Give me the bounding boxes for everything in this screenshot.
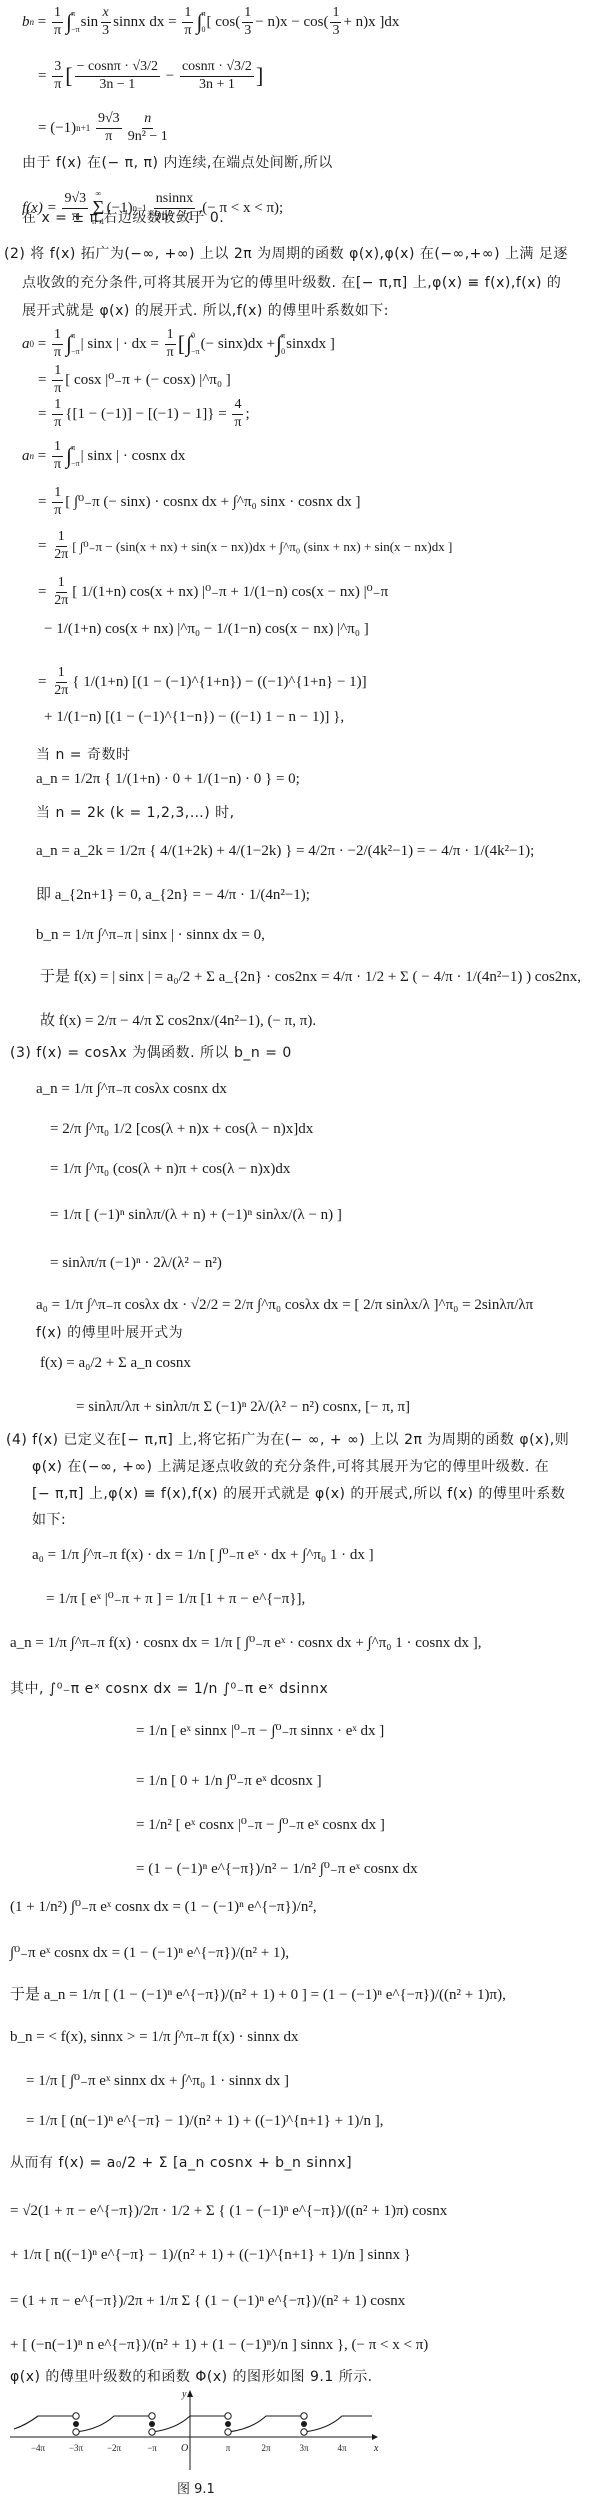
one-over-pi: 1π: [52, 398, 63, 430]
one-third: 13: [242, 6, 253, 38]
one-over-pi: 1π: [52, 486, 63, 518]
x-over-3: x3: [100, 6, 111, 38]
part4-intro-1: (4) f(x) 已定义在[− π,π] 上,将它拓广为在(− ∞, + ∞) …: [6, 1433, 569, 1447]
part2-an-line-4: = 12π [ 1/(1+n) cos(x + nx) |⁰₋π + 1/(1−…: [38, 576, 388, 608]
part2-an-line-1: an = 1π ∫π−π | sinx | · cosnx dx: [22, 440, 185, 472]
part3-an-line-4: = 1/π [ (−1)ⁿ sinλπ/(λ + n) + (−1)ⁿ sinλ…: [50, 1208, 342, 1223]
part3-a0-line: a₀ = 1/π ∫^π₋π cosλx dx · √2/2 = 2/π ∫^π…: [36, 1298, 533, 1313]
one-over-pi: 1π: [52, 328, 63, 360]
part4-a0-line-1: a₀ = 1/π ∫^π₋π f(x) · dx = 1/n [ ∫⁰₋π eˣ…: [32, 1548, 374, 1563]
one-over-2pi: 12π: [52, 576, 70, 608]
part2-intro-3: 展开式就是 φ(x) 的展开式. 所以,f(x) 的傅里叶系数如下:: [22, 304, 389, 318]
bn-sin-text: sin: [81, 15, 99, 30]
part3-an-line-1: a_n = 1/π ∫^π₋π cosλx cosnx dx: [36, 1082, 227, 1097]
part4-series-5: + [ (−n(−1)ⁿ n e^{−π})/(n² + 1) + (1 − (…: [10, 2338, 428, 2353]
svg-text:4π: 4π: [337, 2443, 347, 2453]
a0-result: 4π: [232, 398, 243, 430]
part2-bn-line: b_n = 1/π ∫^π₋π | sinx | · sinnx dx = 0,: [36, 928, 265, 943]
one-over-2pi: 12π: [52, 530, 70, 562]
part2-intro-2: 点收敛的充分条件,可将其展开为它的傅里叶级数. 在[− π,π] 上,φ(x) …: [22, 276, 561, 290]
figure-9-1-graph: −4π −3π −2π −π π 2π 3π 4π O x y: [0, 2385, 400, 2475]
part4-an-line-1: a_n = 1/π ∫^π₋π f(x) · cosnx dx = 1/π [ …: [10, 1636, 481, 1651]
integral-sign: ∫0−π: [186, 332, 200, 356]
coefficient-fraction: 9√3π: [96, 112, 122, 144]
part4-intro-4: 如下:: [32, 1513, 66, 1527]
part2-intro-1: (2) 将 f(x) 拓广为(−∞, +∞) 上以 2π 为周期的函数 φ(x)…: [4, 247, 568, 261]
bn-step-3: = (−1)n+1 9√3π n9n² − 1: [38, 112, 172, 144]
part4-ibp-4: = (1 − (−1)ⁿ e^{−π})/n² − 1/n² ∫⁰₋π eˣ c…: [136, 1862, 418, 1877]
integral-sign: ∫π−π: [66, 444, 80, 468]
integral-sign: ∫π−π: [66, 332, 80, 356]
part4-solve-2: ∫⁰₋π eˣ cosnx dx = (1 − (−1)ⁿ e^{−π})/(n…: [10, 1946, 289, 1961]
integrand-text: (− sinx)dx +: [201, 337, 275, 352]
part4-series-2: = √2(1 + π − e^{−π})/2π · 1/2 + Σ { (1 −…: [10, 2204, 447, 2219]
coefficient-summary: 即 a_{2n+1} = 0, a_{2n} = − 4/π · 1/(4n²−…: [36, 888, 310, 903]
part3-an-line-2: = 2/π ∫^π₀ 1/2 [cos(λ + n)x + cos(λ − n)…: [50, 1122, 313, 1137]
one-over-pi: 1π: [165, 328, 176, 360]
part4-series-1: 从而有 f(x) = a₀/2 + Σ [a_n cosnx + b_n sin…: [10, 2156, 352, 2170]
intro-text: f(x) = cosλx 为偶函数. 所以 b_n = 0: [36, 1046, 292, 1060]
part4-bn-line-2: = 1/π [ ∫⁰₋π eˣ sinnx dx + ∫^π₀ 1 · sinn…: [26, 2074, 289, 2089]
part3-an-line-3: = 1/π ∫^π₀ (cos(λ + n)π + cos(λ − n)x)dx: [50, 1162, 290, 1177]
one-third: 13: [330, 6, 341, 38]
integrand-text: | sinx | · dx =: [81, 337, 159, 352]
part2-final-line: 故 f(x) = 2/π − 4/π Σ cos2nx/(4n²−1), (− …: [40, 1014, 316, 1029]
bn-definition-line: bn = 1π ∫π−π sin x3 sinnx dx = 1π ∫π0 [ …: [22, 6, 399, 38]
svg-text:3π: 3π: [299, 2443, 309, 2453]
part4-solve-1: (1 + 1/n²) ∫⁰₋π eˣ cosnx dx = (1 − (−1)ⁿ…: [10, 1900, 317, 1915]
one-over-pi: 1π: [52, 364, 63, 396]
odd-case-label: 当 n = 奇数时: [36, 748, 130, 762]
part3-expansion-2: = sinλπ/λπ + sinλπ/π Σ (−1)ⁿ 2λ/(λ² − n²…: [76, 1400, 410, 1415]
svg-text:π: π: [226, 2443, 231, 2453]
equals-sign: =: [38, 69, 46, 84]
one-over-pi: 1π: [182, 6, 193, 38]
bn-cos-open: [ cos(: [207, 15, 241, 30]
integrand-text: | sinx | · cosnx dx: [81, 449, 186, 464]
evaluation-text: {[1 − (−1)] − [(−1) − 1]} =: [65, 407, 226, 422]
y-axis-label: y: [181, 2389, 187, 2400]
svg-text:−2π: −2π: [107, 2443, 122, 2453]
part4-intro-2: φ(x) 在(−∞, +∞) 上满足逐点收敛的充分条件,可将其展开为它的傅里叶级…: [32, 1460, 549, 1474]
x-tick-labels: −4π −3π −2π −π π 2π 3π 4π: [31, 2443, 347, 2453]
part4-ibp-2: = 1/n [ 0 + 1/n ∫⁰₋π eˣ dcosnx ]: [136, 1774, 322, 1789]
part4-series-4: = (1 + π − e^{−π})/2π + 1/π Σ { (1 − (−1…: [10, 2294, 405, 2309]
origin-label: O: [181, 2443, 188, 2454]
svg-text:2π: 2π: [261, 2443, 271, 2453]
one-over-pi: 1π: [52, 440, 63, 472]
part2-therefore-line: 于是 f(x) = | sinx | = a₀/2 + Σ a_{2n} · c…: [40, 970, 581, 985]
intro-text: 将 f(x) 拓广为(−∞, +∞) 上以 2π 为周期的函数 φ(x),φ(x…: [30, 247, 568, 261]
bn-cos-middle: − n)x − cos(: [255, 15, 328, 30]
part-label: (2): [4, 247, 25, 261]
odd-case-result: a_n = 1/2π { 1/(1+n) · 0 + 1/(1−n) · 0 }…: [36, 772, 300, 787]
part4-ibp-1: = 1/n [ eˣ sinnx |⁰₋π − ∫⁰₋π sinnx · eˣ …: [136, 1724, 384, 1739]
sum-function-curve: [14, 2416, 372, 2432]
endpoint-note: 在 x = ± π,右边级数收敛于 0.: [22, 211, 224, 225]
integral-sign: ∫π0: [196, 10, 205, 34]
part3-intro: (3) f(x) = cosλx 为偶函数. 所以 b_n = 0: [10, 1046, 292, 1060]
left-bracket: [: [65, 65, 72, 87]
intro-text: f(x) 已定义在[− π,π] 上,将它拓广为在(− ∞, + ∞) 上以 2…: [32, 1433, 569, 1447]
part4-a0-line-2: = 1/π [ eˣ |⁰₋π + π ] = 1/π [1 + π − e^{…: [46, 1592, 305, 1607]
part2-an-line-6: = 12π { 1/(1+n) [(1 − (−1)^{1+n}) − ((−1…: [38, 666, 367, 698]
y-axis-arrow-icon: [187, 2390, 193, 2397]
evaluation-text: [ cosx |⁰₋π + (− cosx) |^π₀ ]: [65, 373, 231, 388]
bn-symbol: b: [22, 15, 30, 30]
part3-an-line-5: = sinλπ/π (−1)ⁿ · 2λ/(λ² − n²): [50, 1256, 222, 1271]
svg-text:−3π: −3π: [69, 2443, 84, 2453]
one-over-pi: 1π: [52, 6, 63, 38]
figure-caption: 图 9.1: [177, 2478, 215, 2497]
part2-an-line-5: − 1/(1+n) cos(x + nx) |^π₀ − 1/(1−n) cos…: [44, 622, 369, 637]
x-axis-arrow-icon: [372, 2434, 378, 2440]
part2-an-line-2: = 1π [ ∫⁰₋π (− sinx) · cosnx dx + ∫^π₀ s…: [38, 486, 361, 518]
expression-text: { 1/(1+n) [(1 − (−1)^{1+n}) − ((−1)^{1+n…: [72, 675, 366, 690]
part3-expansion-intro: f(x) 的傅里叶展开式为: [36, 1326, 183, 1340]
part4-figure-note: φ(x) 的傅里叶级数的和函数 Φ(x) 的图形如图 9.1 所示.: [10, 2370, 373, 2384]
part-label: (3): [10, 1046, 31, 1060]
x-axis-label: x: [373, 2443, 379, 2454]
right-bracket: ]: [256, 65, 263, 87]
expression-text: [ 1/(1+n) cos(x + nx) |⁰₋π + 1/(1−n) cos…: [72, 585, 388, 600]
bn-step-2: = 3π [ − cosnπ · √3/23n − 1 − cosnπ · √3…: [38, 60, 263, 92]
part4-bn-line-3: = 1/π [ (n(−1)ⁿ e^{−π} − 1)/(n² + 1) + (…: [26, 2114, 383, 2129]
part2-an-line-7: + 1/(1−n) [(1 − (−1)^{1−n}) − ((−1) 1 − …: [44, 710, 344, 725]
part4-where-line: 其中, ∫⁰₋π eˣ cosnx dx = 1/n ∫⁰₋π eˣ dsinn…: [10, 1682, 328, 1696]
even-case-label: 当 n = 2k (k = 1,2,3,…) 时,: [36, 806, 235, 820]
exponent: n+1: [76, 124, 90, 133]
continuity-note: 由于 f(x) 在(− π, π) 内连续,在端点处间断,所以: [22, 156, 333, 170]
fraction-term-1: − cosnπ · √3/23n − 1: [75, 60, 160, 92]
svg-text:−4π: −4π: [31, 2443, 46, 2453]
part3-expansion-1: f(x) = a₀/2 + Σ a_n cosnx: [40, 1356, 191, 1371]
expression-text: [ ∫⁰₋π − (sin(x + nx) + sin(x − nx))dx +…: [72, 540, 452, 553]
part4-intro-3: [− π,π] 上,φ(x) ≡ f(x),f(x) 的展开式就是 φ(x) 的…: [32, 1487, 565, 1501]
three-over-pi: 3π: [52, 60, 63, 92]
part2-a0-line-3: = 1π {[1 − (−1)] − [(−1) − 1]} = 4π;: [38, 398, 250, 430]
part2-a0-line-2: = 1π [ cosx |⁰₋π + (− cosx) |^π₀ ]: [38, 364, 231, 396]
svg-text:−π: −π: [147, 2443, 157, 2453]
integral-sign: ∫π0: [276, 332, 285, 356]
part-label: (4): [6, 1433, 27, 1447]
fraction-term-2: cosnπ · √3/23n + 1: [180, 60, 254, 92]
sign-factor: = (−1): [38, 121, 76, 136]
part4-an-result: 于是 a_n = 1/π [ (1 − (−1)ⁿ e^{−π})/(n² + …: [10, 1988, 506, 2003]
part4-ibp-3: = 1/n² [ eˣ cosnx |⁰₋π − ∫⁰₋π eˣ cosnx d…: [136, 1818, 385, 1833]
part2-a0-line-1: a0 = 1π ∫π−π | sinx | · dx = 1π [∫0−π (−…: [22, 328, 335, 360]
one-over-2pi: 12π: [52, 666, 70, 698]
expression-text: [ ∫⁰₋π (− sinx) · cosnx dx + ∫^π₀ sinx ·…: [65, 495, 360, 510]
part4-bn-line-1: b_n = < f(x), sinnx > = 1/π ∫^π₋π f(x) ·…: [10, 2030, 299, 2045]
part2-an-line-3: = 12π [ ∫⁰₋π − (sin(x + nx) + sin(x − nx…: [38, 530, 452, 562]
even-case-result: a_n = a_2k = 1/2π { 4/(1+2k) + 4/(1−2k) …: [36, 844, 534, 859]
part4-series-3: + 1/π [ n((−1)ⁿ e^{−π} − 1)/(n² + 1) + (…: [10, 2248, 411, 2263]
n-fraction: n9n² − 1: [126, 112, 170, 144]
bn-sinnx-text: sinnx dx =: [113, 15, 176, 30]
bn-cos-close: + n)x ]dx: [343, 15, 399, 30]
integrand-text: sinxdx ]: [286, 337, 335, 352]
integral-sign: ∫π−π: [66, 10, 80, 34]
